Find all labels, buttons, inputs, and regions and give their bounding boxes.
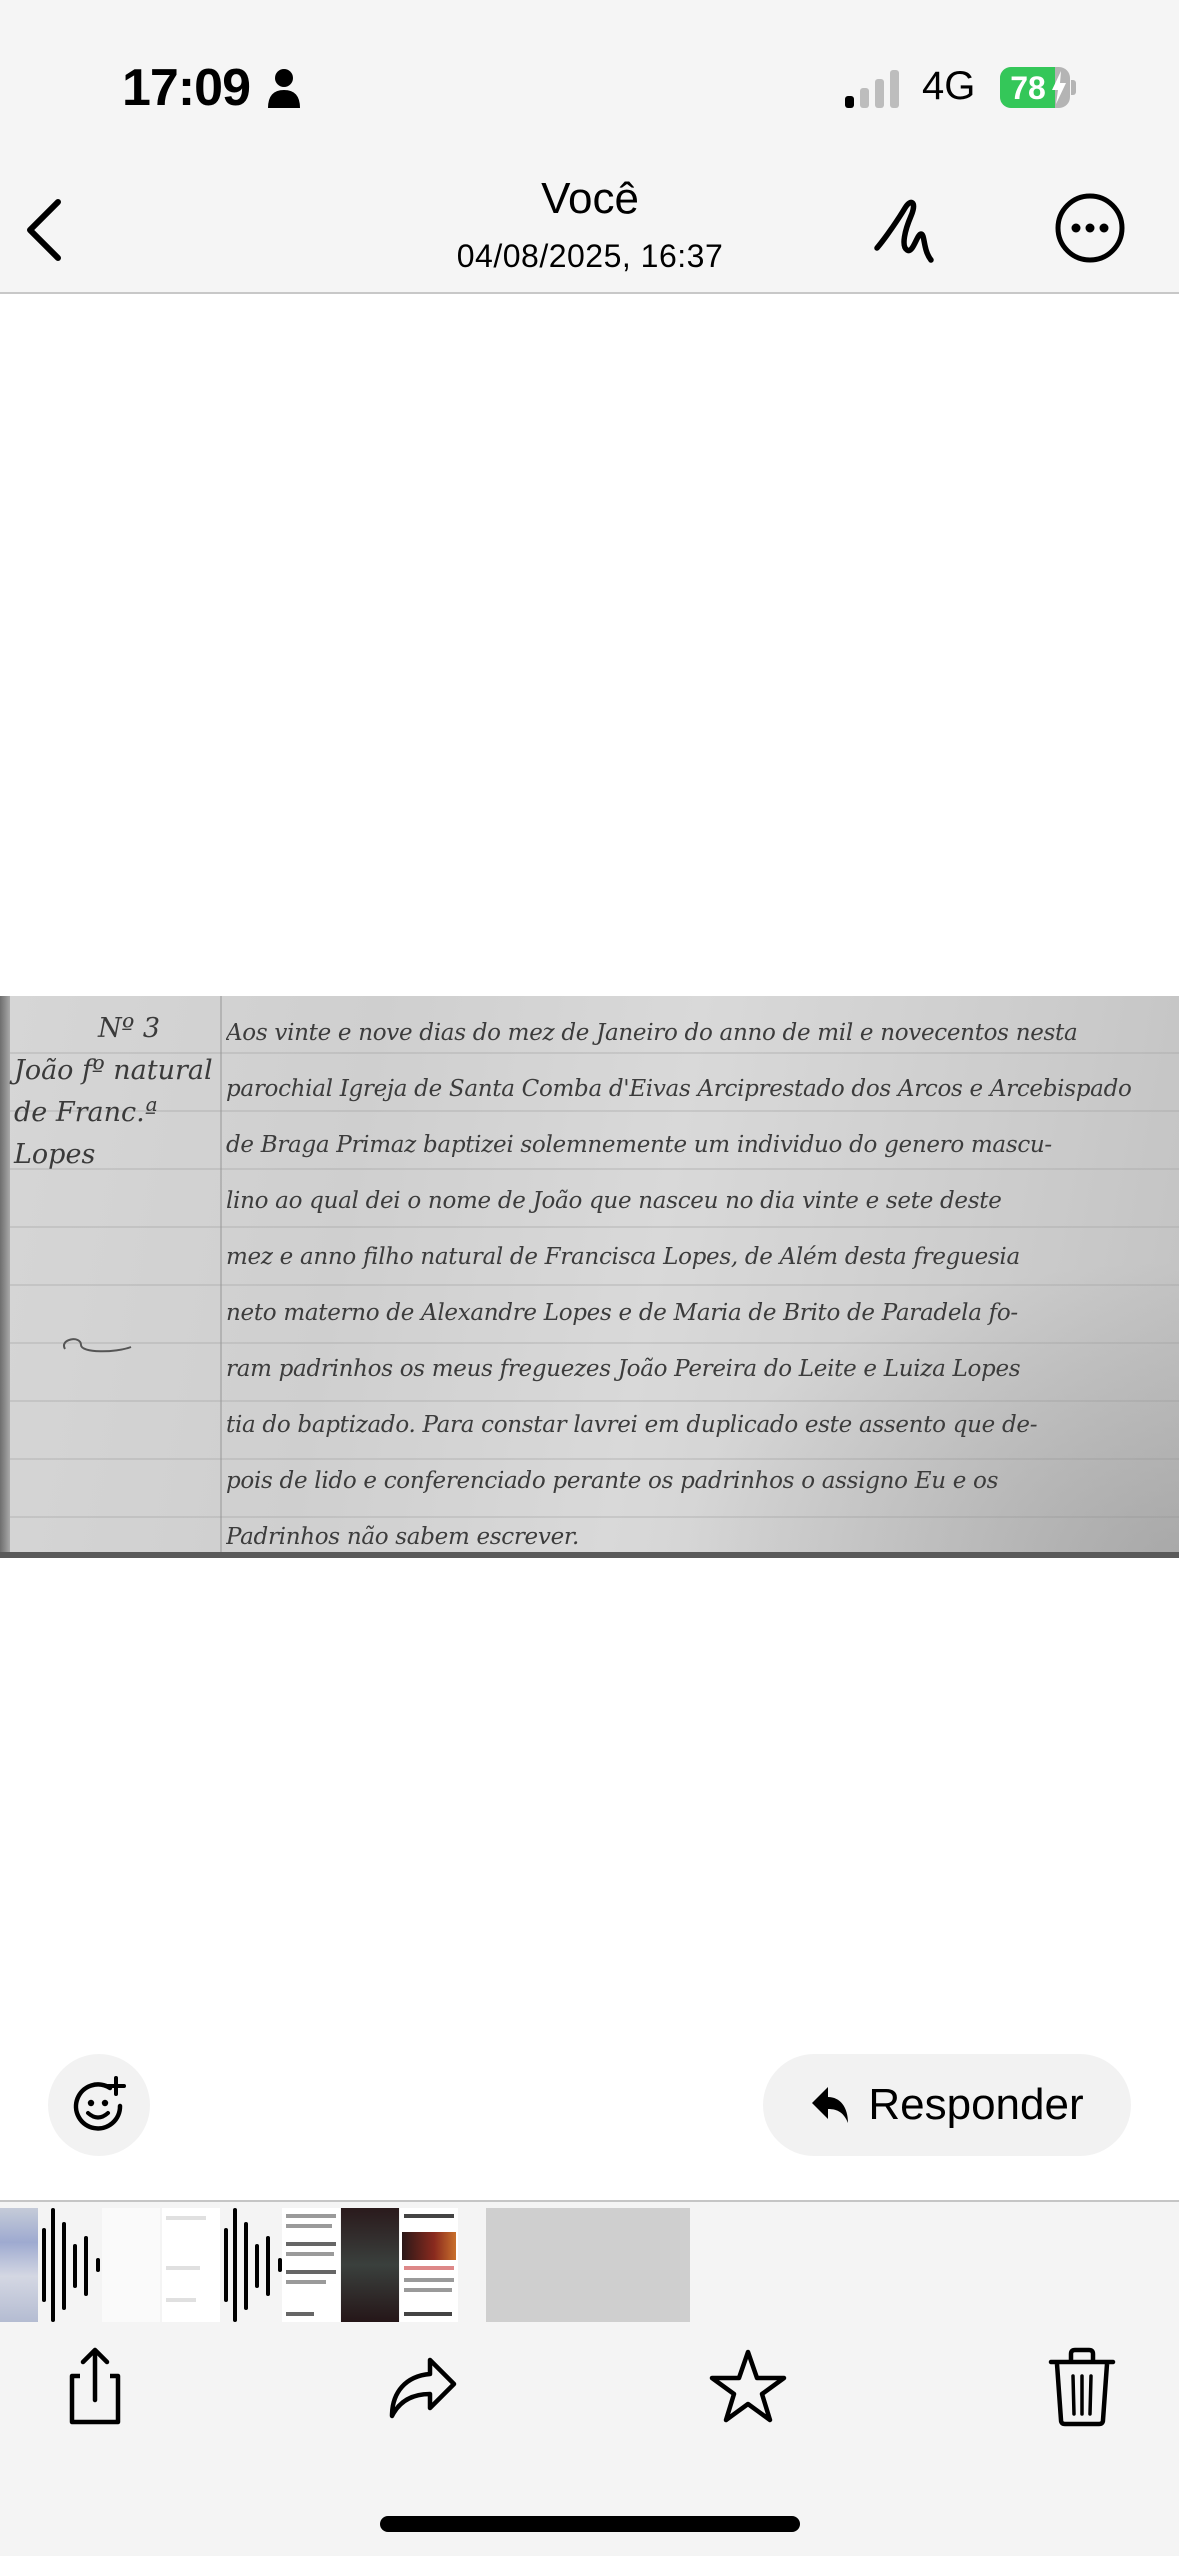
page-binding [0,996,10,1558]
reply-label: Responder [868,2080,1083,2130]
attachment-viewer[interactable]: Nº 3 João fº natural de Franc.ª Lopes Ao… [0,296,1179,2196]
thumb-dark-photo[interactable] [341,2208,399,2322]
bolt-icon [1050,71,1068,104]
record-line: parochial Igreja de Santa Comba d'Eivas … [226,1064,1171,1120]
forward-button[interactable] [378,2342,468,2432]
thumbnail-strip[interactable] [0,2208,1179,2322]
thumb-white-screen[interactable] [102,2208,160,2322]
share-icon [50,2342,140,2432]
more-options-button[interactable] [1050,188,1130,268]
add-reaction-button[interactable] [48,2054,150,2156]
bottom-toolbar [0,2200,1179,2556]
ellipsis-circle-icon [1050,188,1130,268]
thumb-current-document[interactable] [486,2208,690,2322]
reply-button[interactable]: Responder [763,2054,1131,2156]
person-icon [266,68,302,108]
record-line: pois de lido e conferenciado perante os … [226,1456,1171,1512]
markup-squiggle-icon [865,188,955,278]
battery-charging-icon: 78 [1000,67,1076,108]
status-time: 17:09 [122,58,250,118]
thumb-audio-1[interactable] [40,2208,102,2322]
home-indicator[interactable] [380,2516,800,2532]
status-bar: 17:09 4G 78 [0,0,1179,150]
record-line: de Braga Primaz baptizei solemnemente um… [226,1120,1171,1176]
record-line: mez e anno filho natural de Francisca Lo… [226,1232,1171,1288]
delete-button[interactable] [1037,2342,1127,2432]
record-line: lino ao qual dei o nome de João que nasc… [226,1176,1171,1232]
conversation-title: Você [340,172,840,226]
trash-icon [1037,2342,1127,2432]
nav-bar: Você 04/08/2025, 16:37 [0,150,1179,294]
document-image[interactable]: Nº 3 João fº natural de Franc.ª Lopes Ao… [0,996,1179,1558]
thumb-photo-blue[interactable] [0,2208,38,2322]
title-block: Você 04/08/2025, 16:37 [340,172,840,275]
record-margin-notes: Nº 3 João fº natural de Franc.ª Lopes [14,1008,214,1176]
record-line: Aos vinte e nove dias do mez de Janeiro … [226,1008,1171,1064]
share-button[interactable] [50,2342,140,2432]
record-line: tia do baptizado. Para constar lavrei em… [226,1400,1171,1456]
forward-arrow-icon [378,2342,468,2432]
record-text: Aos vinte e nove dias do mez de Janeiro … [226,1008,1171,1558]
thumb-article-red[interactable] [400,2208,458,2322]
record-number: Nº 3 [14,1008,214,1050]
back-button[interactable] [12,190,82,270]
chevron-left-icon [12,190,82,270]
record-line: neto materno de Alexandre Lopes e de Mar… [226,1288,1171,1344]
record-name-line2: de Franc.ª Lopes [14,1092,214,1176]
favorite-button[interactable] [703,2342,793,2432]
margin-line [220,996,222,1558]
star-icon [703,2342,793,2432]
record-name-line1: João fº natural [14,1050,214,1092]
message-timestamp: 04/08/2025, 16:37 [340,238,840,275]
network-type: 4G [922,64,975,109]
markup-button[interactable] [865,188,955,278]
add-reaction-smiley-icon [70,2076,128,2134]
thumb-form-screen[interactable] [162,2208,220,2322]
battery-percent: 78 [1000,70,1056,107]
record-line: ram padrinhos os meus freguezes João Per… [226,1344,1171,1400]
thumb-audio-2[interactable] [222,2208,284,2322]
signal-icon [845,68,903,108]
flourish-mark [55,1331,135,1361]
reply-arrow-icon [810,2085,854,2125]
thumb-article-text[interactable] [282,2208,340,2322]
